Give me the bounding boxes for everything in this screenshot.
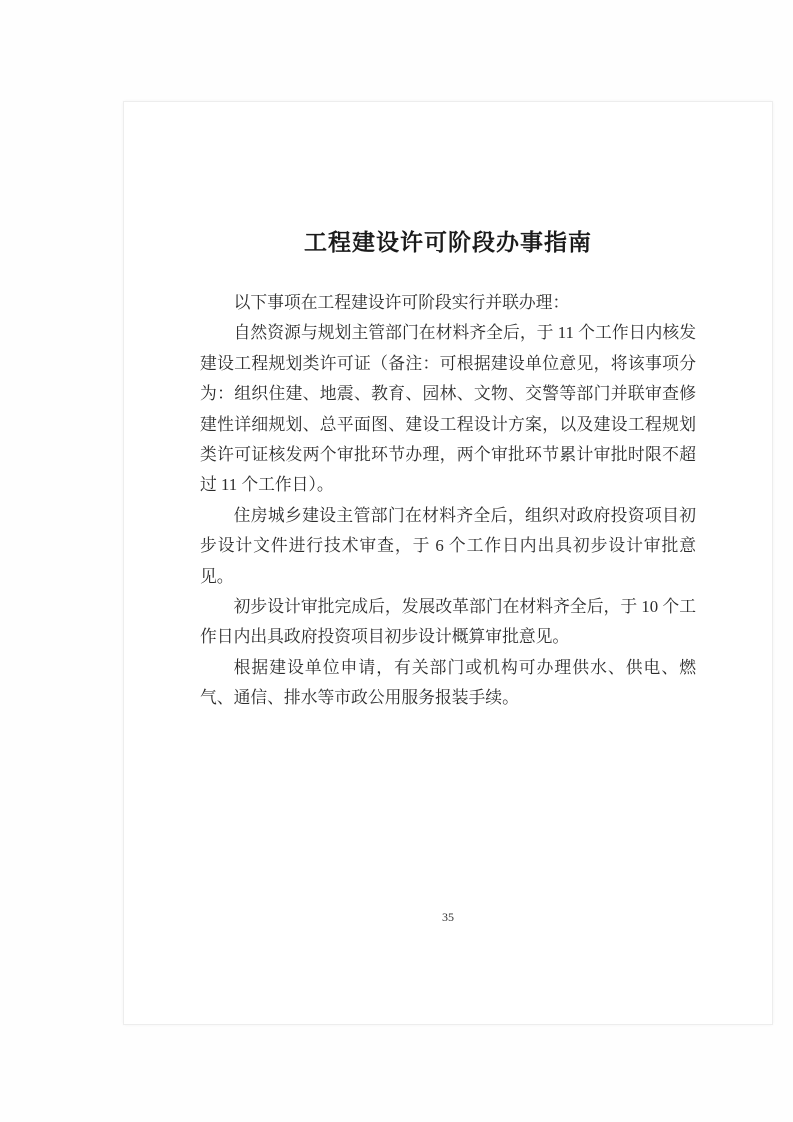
paragraph-utility-services: 根据建设单位申请，有关部门或机构可办理供水、供电、燃气、通信、排水等市政公用服务… bbox=[200, 653, 696, 714]
paragraph-planning-permit: 自然资源与规划主管部门在材料齐全后，于 11 个工作日内核发建设工程规划类许可证… bbox=[200, 318, 696, 500]
paragraph-intro: 以下事项在工程建设许可阶段实行并联办理： bbox=[200, 288, 696, 318]
page-number: 35 bbox=[124, 910, 772, 925]
document-viewport: 工程建设许可阶段办事指南 以下事项在工程建设许可阶段实行并联办理： 自然资源与规… bbox=[0, 0, 793, 1122]
paragraph-housing-construction: 住房城乡建设主管部门在材料齐全后，组织对政府投资项目初步设计文件进行技术审查，于… bbox=[200, 501, 696, 592]
paragraph-development-reform: 初步设计审批完成后，发展改革部门在材料齐全后，于 10 个工作日内出具政府投资项… bbox=[200, 592, 696, 653]
document-body: 以下事项在工程建设许可阶段实行并联办理： 自然资源与规划主管部门在材料齐全后，于… bbox=[124, 288, 772, 714]
document-page: 工程建设许可阶段办事指南 以下事项在工程建设许可阶段实行并联办理： 自然资源与规… bbox=[123, 101, 773, 1025]
page-title: 工程建设许可阶段办事指南 bbox=[124, 102, 772, 260]
